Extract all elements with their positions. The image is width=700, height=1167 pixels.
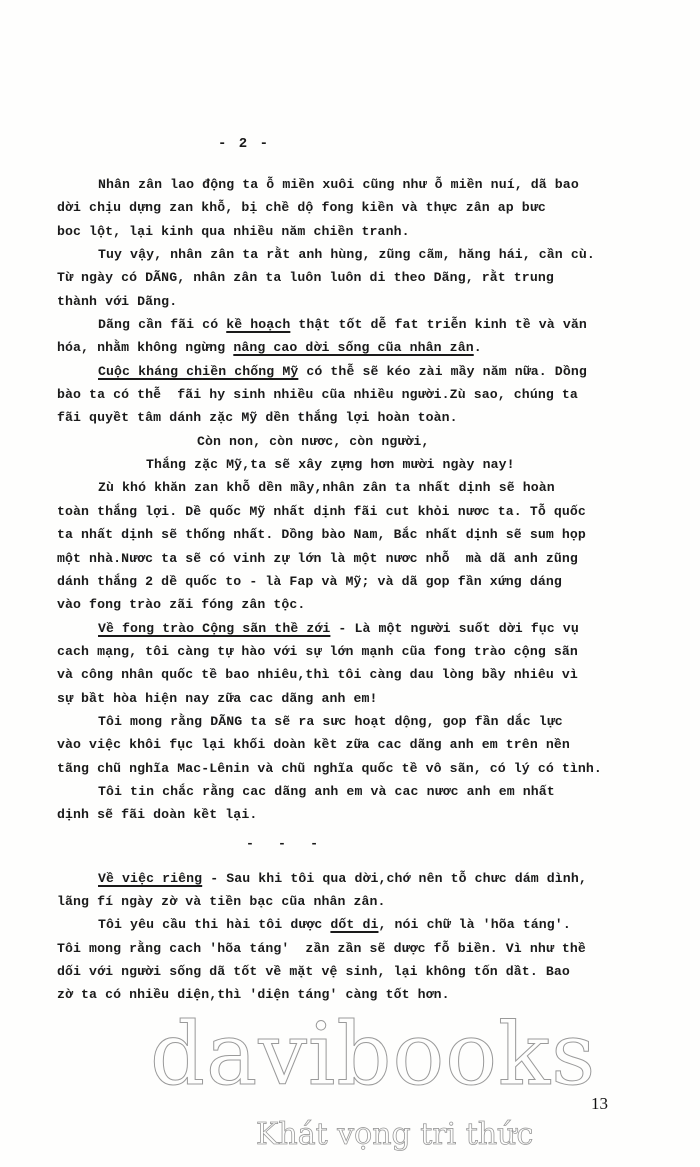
text-span: Dãng cần fãi có (98, 317, 226, 332)
page-marker: - 2 - (218, 136, 270, 152)
text-span: có thễ sẽ kéo zài mầy năm nữa. Dồng (298, 364, 587, 379)
text-line: vào fong trào zãi fóng zân tộc. (57, 593, 647, 616)
text-line: Tôi mong rằng cach 'hõa táng' zần zần sẽ… (57, 937, 647, 960)
text-line: Tôi mong rằng DÃNG ta sẽ ra sưc hoạt dộn… (57, 710, 647, 733)
text-span: . (474, 340, 482, 355)
document-page: - 2 - Nhân zân lao động ta ỗ miền xuôi c… (0, 0, 700, 1167)
underlined-phrase: Về fong trào Cộng sãn thề zới (98, 621, 330, 636)
text-span: Tôi yêu cầu thi hài tôi dược (98, 917, 330, 932)
text-line: dánh thắng 2 dề quốc to - là Fap và Mỹ; … (57, 570, 647, 593)
text-line: Tôi tin chắc rằng cac dãng anh em và cac… (57, 780, 647, 803)
text-line: một nhà.Nươc ta sẽ có vinh zự lớn là một… (57, 547, 647, 570)
text-line: zờ ta có nhiều diện,thì 'diện táng' càng… (57, 983, 647, 1006)
underlined-phrase: kề hoạch (226, 317, 290, 332)
underlined-phrase: Cuộc kháng chiền chống Mỹ (98, 364, 298, 379)
text-line: Tôi yêu cầu thi hài tôi dược dốt di, nói… (57, 913, 647, 936)
verse-line: Còn non, còn nươc, còn người, (57, 430, 647, 453)
underlined-phrase: Về việc riêng (98, 871, 202, 886)
watermark-logo: davibooks (150, 1012, 596, 1098)
text-span: - Là một người suốt dời fục vụ (330, 621, 578, 636)
text-line: boc lột, lại kinh qua nhiều năm chiền tr… (57, 220, 647, 243)
text-line: Zù khó khăn zan khỗ dền mầy,nhân zân ta … (57, 476, 647, 499)
text-line: Từ ngày có DÃNG, nhân zân ta luôn luôn d… (57, 266, 647, 289)
section-separator: - - - (57, 827, 647, 867)
verse-line: Thắng zặc Mỹ,ta sẽ xây zựng hơn mười ngà… (57, 453, 647, 476)
text-line: sự bầt hòa hiện nay zữa cac dãng anh em! (57, 687, 647, 710)
underlined-phrase: dốt di (330, 917, 378, 932)
text-line: ta nhất dịnh sẽ thống nhất. Dồng bào Nam… (57, 523, 647, 546)
text-line: vào việc khôi fục lại khối doàn kềt zữa … (57, 733, 647, 756)
text-line: cach mạng, tôi càng tự hào với sự lớn mạ… (57, 640, 647, 663)
text-span: hóa, nhằm không ngừng (57, 340, 233, 355)
text-line: Về việc riêng - Sau khi tôi qua dời,chớ … (57, 867, 647, 890)
text-span: , nói chữ là 'hõa táng'. (379, 917, 571, 932)
text-line: Dãng cần fãi có kề hoạch thật tốt dễ fat… (57, 313, 647, 336)
text-span: - Sau khi tôi qua dời,chớ nên tỗ chưc dá… (202, 871, 587, 886)
text-line: Nhân zân lao động ta ỗ miền xuôi cũng nh… (57, 173, 647, 196)
text-line: dối với người sống dã tốt về mặt vệ sinh… (57, 960, 647, 983)
underlined-phrase: nâng cao dời sống cũa nhân zân (233, 340, 473, 355)
text-line: fãi quyềt tâm dánh zặc Mỹ dền thắng lợi … (57, 406, 647, 429)
text-line: Cuộc kháng chiền chống Mỹ có thễ sẽ kéo … (57, 360, 647, 383)
text-span: thật tốt dễ fat triễn kinh tề và văn (290, 317, 587, 332)
text-line: tãng chũ nghĩa Mac-Lênin và chũ nghĩa qu… (57, 757, 647, 780)
text-line: toàn thắng lợi. Dề quốc Mỹ nhất dịnh fãi… (57, 500, 647, 523)
text-line: dời chịu dựng zan khỗ, bị chề dộ fong ki… (57, 196, 647, 219)
page-number: 13 (591, 1094, 608, 1114)
text-line: dịnh sẽ fãi doàn kềt lại. (57, 803, 647, 826)
text-line: thành với Dãng. (57, 290, 647, 313)
text-line: và công nhân quốc tề bao nhiêu,thì tôi c… (57, 663, 647, 686)
watermark-tagline: Khát vọng tri thức (256, 1120, 533, 1150)
letter-body: Nhân zân lao động ta ỗ miền xuôi cũng nh… (57, 173, 647, 1007)
text-line: bào ta có thễ fãi hy sinh nhiều cũa nhiề… (57, 383, 647, 406)
text-line: Về fong trào Cộng sãn thề zới - Là một n… (57, 617, 647, 640)
text-line: lãng fí ngày zờ và tiền bạc cũa nhân zân… (57, 890, 647, 913)
text-line: hóa, nhằm không ngừng nâng cao dời sống … (57, 336, 647, 359)
text-line: Tuy vậy, nhân zân ta rằt anh hùng, zũng … (57, 243, 647, 266)
